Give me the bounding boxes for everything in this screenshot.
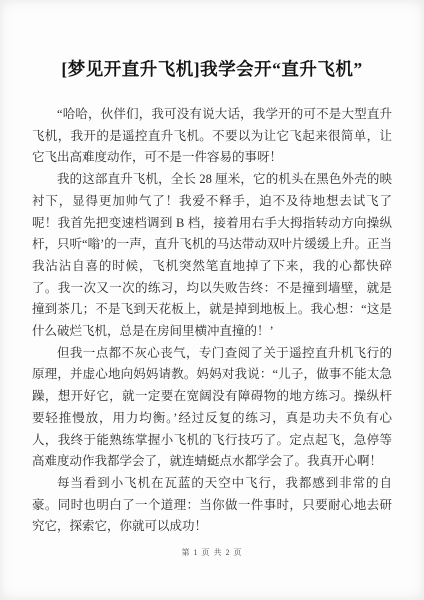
document-page: [梦见开直升飞机]我学会开“直升飞机” “哈哈，伙伴们，我可没有说大话，我学开的… bbox=[0, 0, 424, 600]
paragraph: 但我一点都不灰心丧气，专门查阅了关于遥控直升机飞行的原理，并虚心地向妈妈请教。妈… bbox=[32, 343, 392, 473]
document-title: [梦见开直升飞机]我学会开“直升飞机” bbox=[0, 0, 424, 82]
paragraph: “哈哈，伙伴们，我可没有说大话，我学开的可不是大型直升飞机，我开的是遥控直升飞机… bbox=[32, 104, 392, 169]
document-body: “哈哈，伙伴们，我可没有说大话，我学开的可不是大型直升飞机，我开的是遥控直升飞机… bbox=[32, 104, 392, 538]
page-number-footer: 第 1 页 共 2 页 bbox=[0, 547, 424, 558]
paragraph: 每当看到小飞机在瓦蓝的天空中飞行，我都感到非常的自豪。同时也明白了一个道理：当你… bbox=[32, 473, 392, 538]
paragraph: 我的这部直升飞机，全长 28 厘米，它的机头在黑色外壳的映衬下，显得更加帅气了！… bbox=[32, 169, 392, 343]
